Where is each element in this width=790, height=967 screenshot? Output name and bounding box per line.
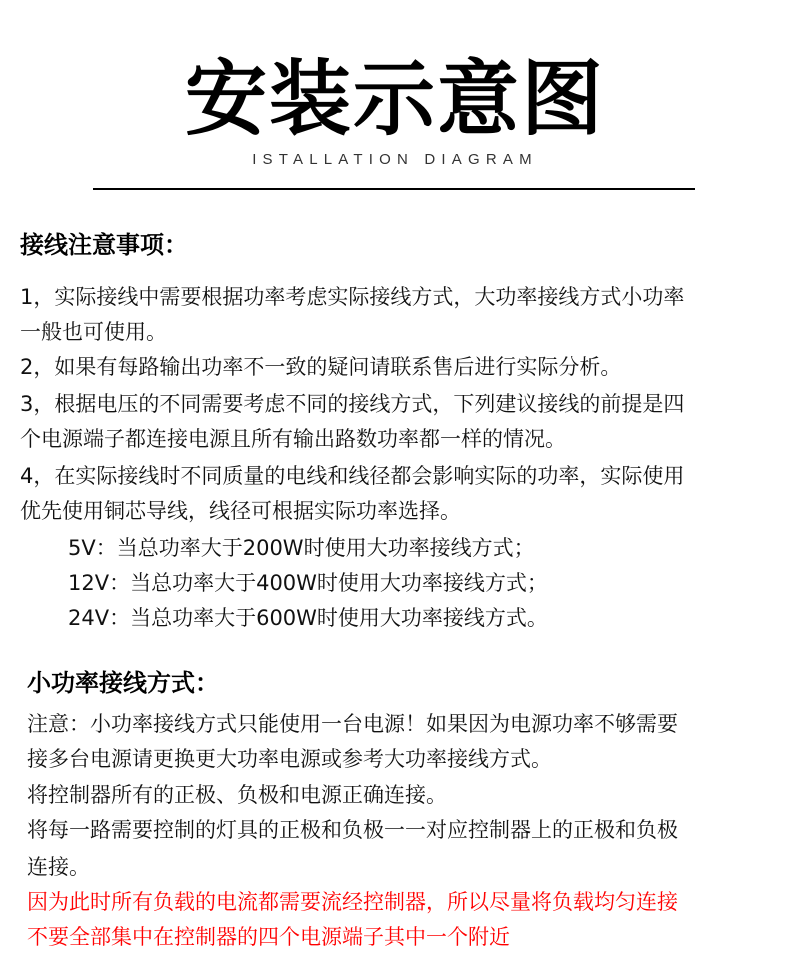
note-line: 2，如果有每路输出功率不一致的疑问请联系售后进行实际分析。	[20, 349, 621, 385]
voltage-rule-5v: 5V：当总功率大于200W时使用大功率接线方式；	[68, 530, 535, 566]
low-power-line: 注意：小功率接线方式只能使用一台电源！如果因为电源功率不够需要	[27, 706, 678, 742]
note-line: 优先使用铜芯导线，线径可根据实际功率选择。	[20, 493, 461, 529]
low-power-line: 连接。	[27, 849, 90, 885]
warning-line: 不要全部集中在控制器的四个电源端子其中一个附近	[27, 919, 510, 955]
title-divider	[93, 188, 695, 190]
note-line: 1，实际接线中需要根据功率考虑实际接线方式，大功率接线方式小功率	[20, 279, 684, 315]
low-power-line: 将每一路需要控制的灯具的正极和负极一一对应控制器上的正极和负极	[27, 812, 678, 848]
voltage-rule-24v: 24V：当总功率大于600W时使用大功率接线方式。	[68, 600, 548, 636]
note-line: 个电源端子都连接电源且所有输出路数功率都一样的情况。	[20, 421, 566, 457]
section-heading-wiring-notes: 接线注意事项：	[20, 229, 188, 261]
note-line: 一般也可使用。	[20, 314, 167, 350]
voltage-rule-12v: 12V：当总功率大于400W时使用大功率接线方式；	[68, 565, 548, 601]
section-heading-low-power: 小功率接线方式：	[27, 667, 219, 699]
note-line: 4，在实际接线时不同质量的电线和线径都会影响实际的功率，实际使用	[20, 458, 684, 494]
low-power-line: 接多台电源请更换更大功率电源或参考大功率接线方式。	[27, 741, 552, 777]
warning-line: 因为此时所有负载的电流都需要流经控制器，所以尽量将负载均匀连接	[27, 884, 678, 920]
low-power-line: 将控制器所有的正极、负极和电源正确连接。	[27, 777, 447, 813]
note-line: 3，根据电压的不同需要考虑不同的接线方式，下列建议接线的前提是四	[20, 386, 684, 422]
page-title: 安装示意图	[0, 52, 790, 148]
page-subtitle: ISTALLATION DIAGRAM	[0, 150, 790, 170]
